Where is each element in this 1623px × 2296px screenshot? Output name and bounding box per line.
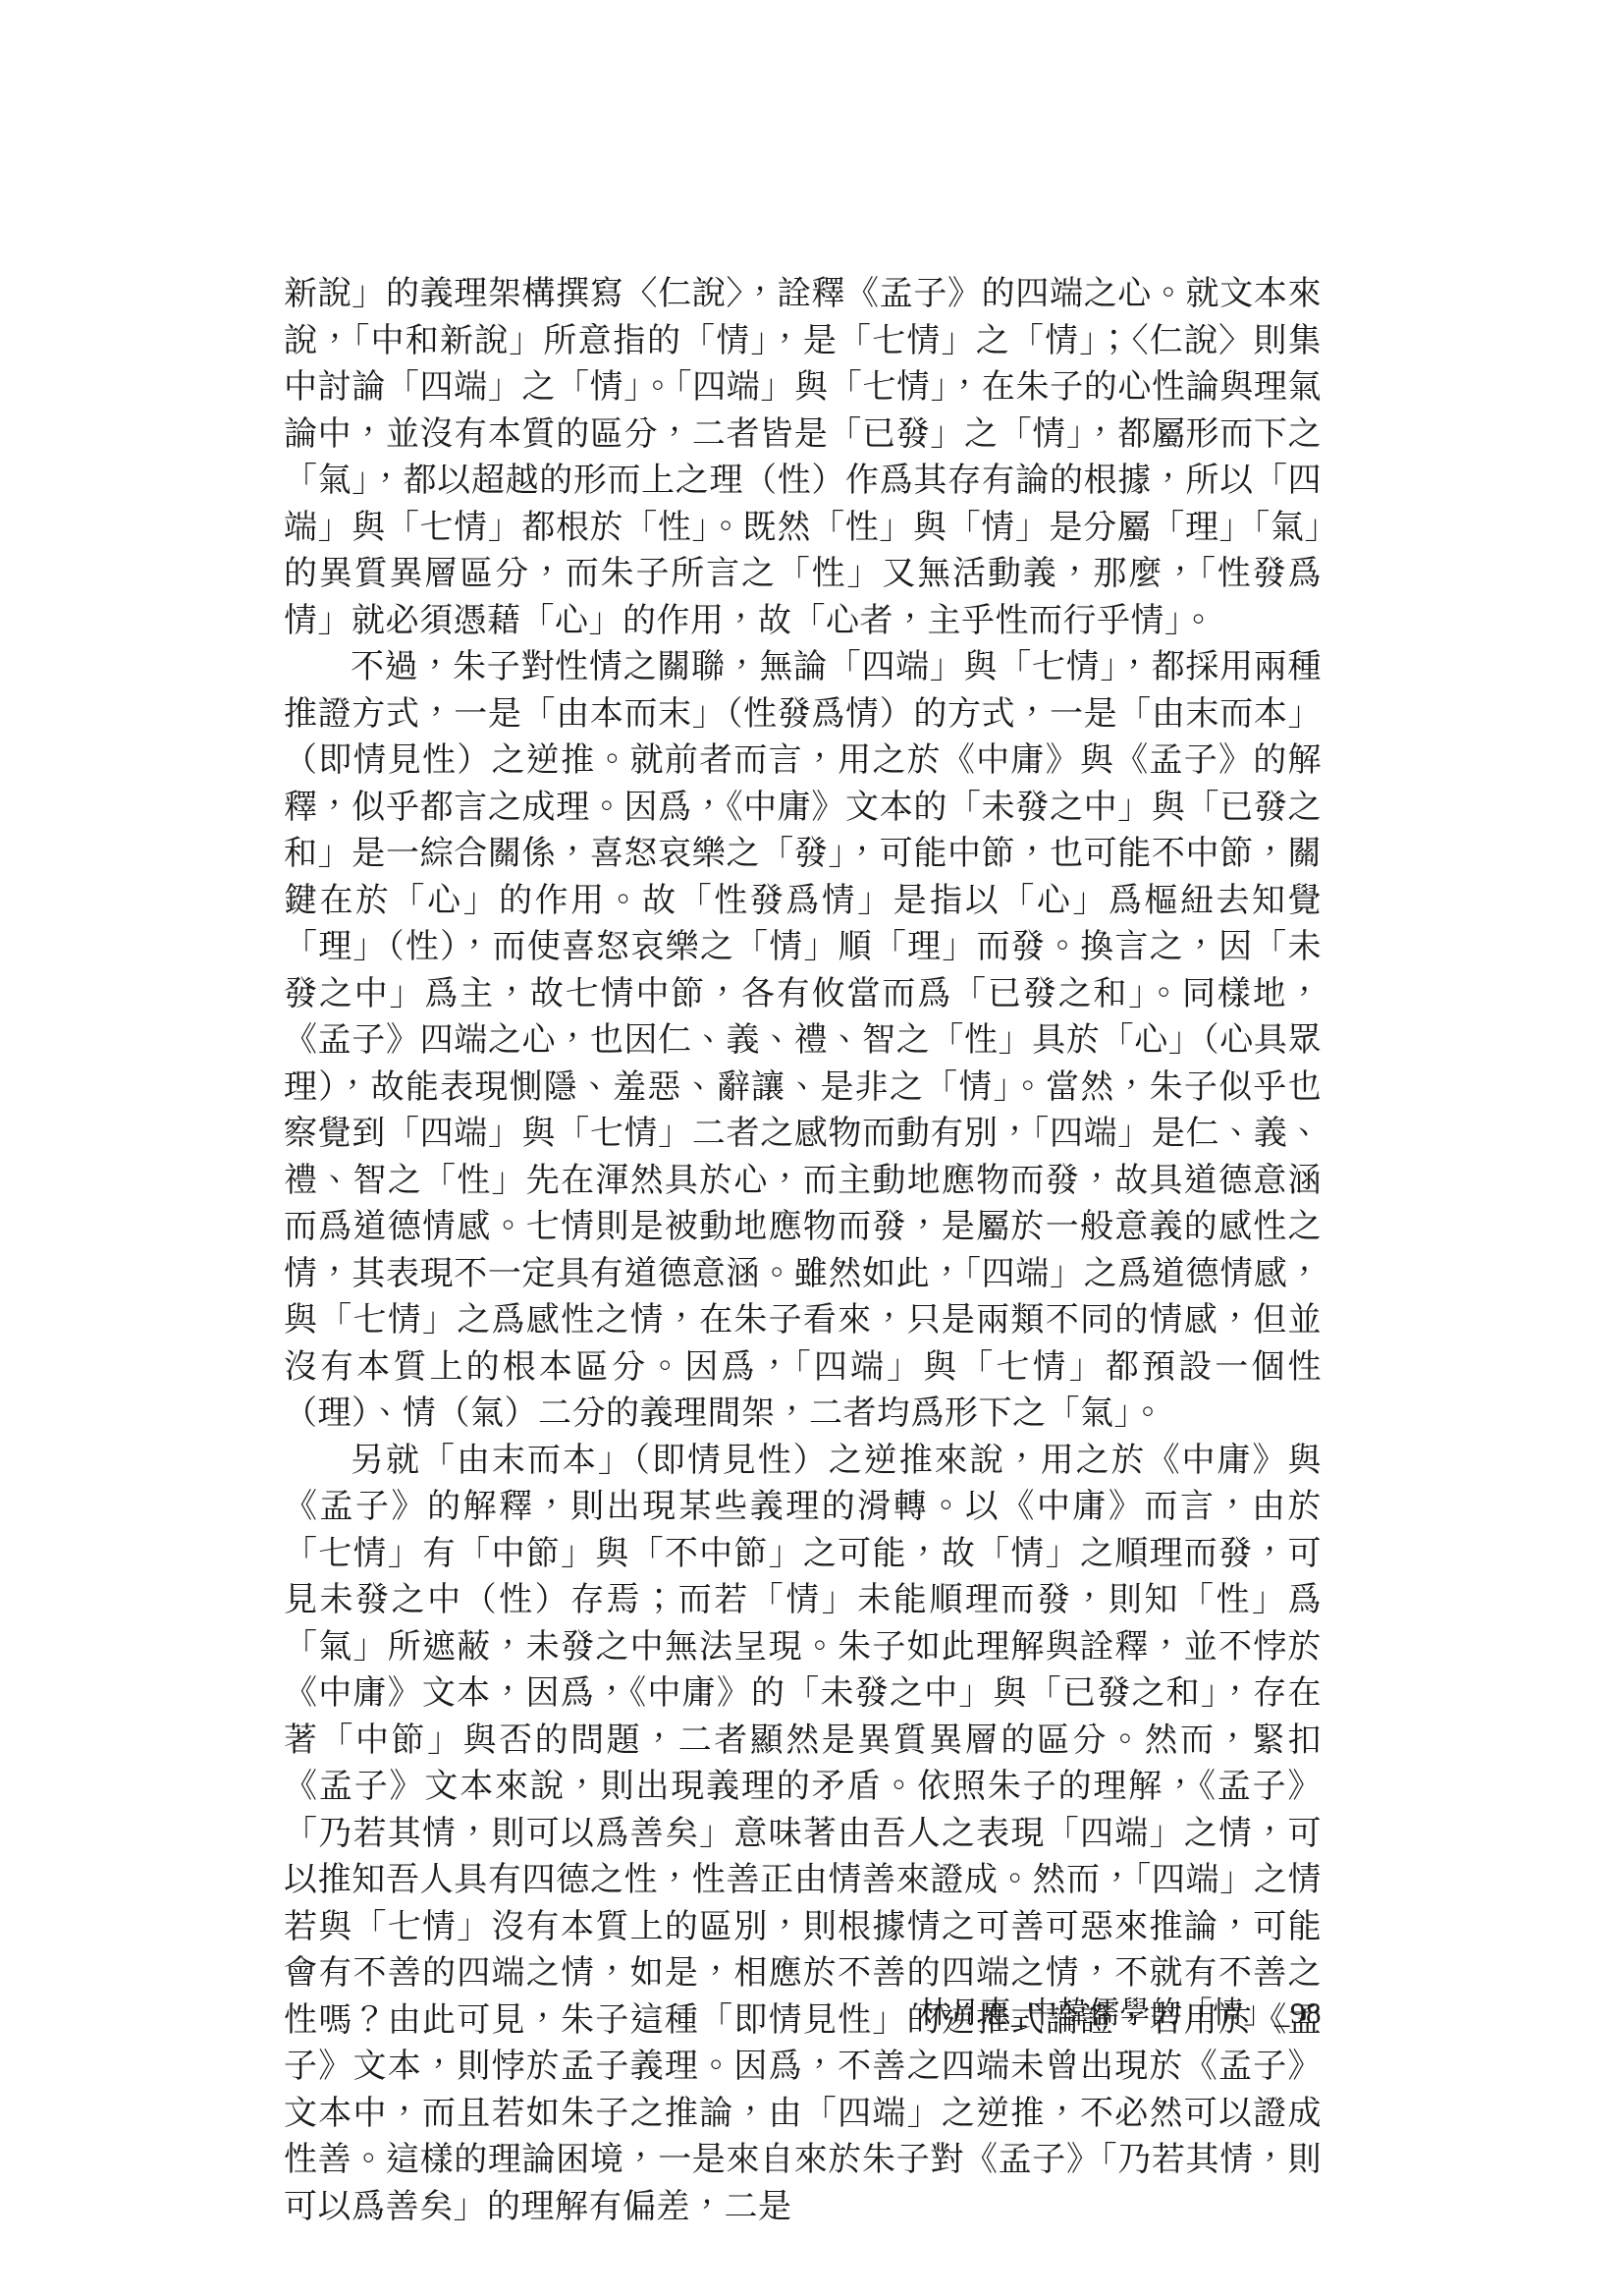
paragraph-2: 不過，朱子對性情之關聯，無論「四端」與「七情」，都採用兩種推證方式，一是「由本而… bbox=[284, 644, 1322, 1438]
body-text: 新說」的義理架構撰寫〈仁說〉，詮釋《孟子》的四端之心。就文本來說，「中和新說」所… bbox=[284, 271, 1322, 2230]
page-footer: 林月惠_中韓儒學的「情」_98 bbox=[284, 1992, 1322, 2035]
paper-page: 新說」的義理架構撰寫〈仁說〉，詮釋《孟子》的四端之心。就文本來說，「中和新說」所… bbox=[0, 0, 1623, 2296]
paragraph-continuation: 新說」的義理架構撰寫〈仁說〉，詮釋《孟子》的四端之心。就文本來說，「中和新說」所… bbox=[284, 271, 1322, 644]
paragraph-3: 另就「由末而本」（即情見性）之逆推來說，用之於《中庸》與《孟子》的解釋，則出現某… bbox=[284, 1438, 1322, 2231]
